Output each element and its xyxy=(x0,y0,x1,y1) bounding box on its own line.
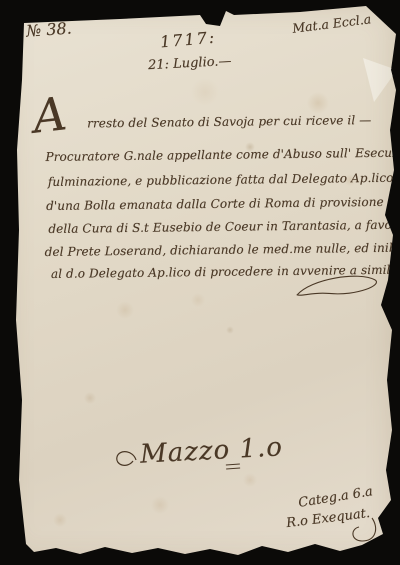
body-text-block: A rresto del Senato di Savoja per cui ri… xyxy=(0,0,400,565)
drop-cap-initial: A xyxy=(30,90,68,140)
body-line-4: d'una Bolla emanata dalla Corte di Roma … xyxy=(46,195,400,213)
end-of-text-flourish-icon xyxy=(293,274,383,303)
bundle-flourish-icon xyxy=(112,446,140,472)
body-line-5: della Cura di S.t Eusebio de Coeur in Ta… xyxy=(48,217,400,236)
scan-background: № 38. 1717: 21: Luglio.— Mat.a Eccl.a A … xyxy=(0,0,400,565)
exequatur-flourish-icon xyxy=(346,516,380,546)
body-line-3: fulminazione, e pubblicazione fatta dal … xyxy=(48,170,400,188)
body-line-2: Procuratore G.nale appellante come d'Abu… xyxy=(45,145,400,164)
manuscript-paper: № 38. 1717: 21: Luglio.— Mat.a Eccl.a A … xyxy=(0,0,400,565)
body-line-6: del Prete Loserand, dichiarando le med.m… xyxy=(45,240,400,259)
bundle-underline xyxy=(226,464,240,470)
body-line-1: rresto del Senato di Savoja per cui rice… xyxy=(87,113,371,130)
